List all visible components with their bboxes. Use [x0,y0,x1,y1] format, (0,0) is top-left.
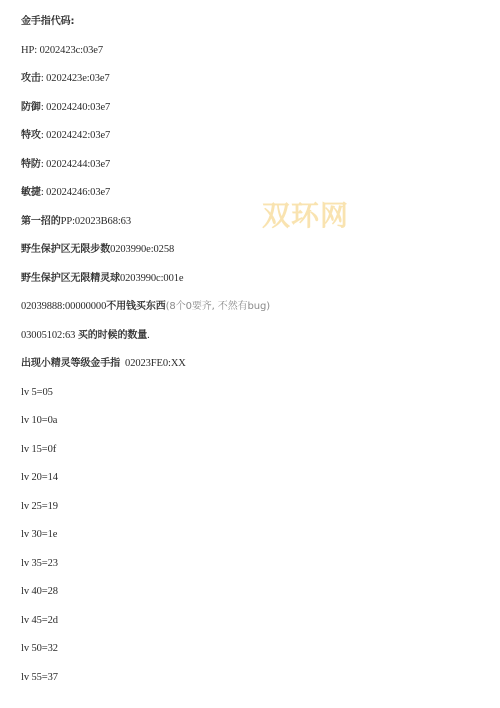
code-line-free-shopping: 02039888:00000000不用钱买东西(8个0要齐, 不然有bug) [21,299,481,328]
title-text: 金手指代码: [21,16,74,27]
level-line: lv 20=14 [21,470,481,499]
code-label: HP [21,45,34,56]
code-line-speed: 敏捷: 02024246:03e7 [21,185,481,214]
level-line: lv 45=2d [21,613,481,642]
code-value: : 02024246:03e7 [41,187,110,198]
code-line-hp: HP: 0202423c:03e7 [21,43,481,72]
code-label: 出现小精灵等级金手指 [21,358,120,369]
code-line-buy-quantity: 03005102:63 买的时候的数量. [21,328,481,357]
level-line: lv 25=19 [21,499,481,528]
code-label: 特防 [21,159,41,170]
code-value: 0203990c:001e [120,273,183,284]
code-value: : 02024244:03e7 [41,159,110,170]
code-label: 特攻 [21,130,41,141]
level-line: lv 10=0a [21,413,481,442]
code-label: 野生保护区无限步数 [21,244,110,255]
code-value: 03005102:63 [21,330,78,341]
code-label: 野生保护区无限精灵球 [21,273,120,284]
code-label: 第一招的 [21,216,61,227]
code-line-defense: 防御: 02024240:03e7 [21,100,481,129]
code-line-first-move-pp: 第一招的PP:02023B68:63 [21,214,481,243]
code-value: 02039888:00000000 [21,301,106,312]
code-value: : 0202423e:03e7 [41,73,110,84]
site-watermark: 双环网 [262,194,349,234]
code-label: 攻击 [21,73,41,84]
code-value: : 02024240:03e7 [41,102,110,113]
code-label: 不用钱买东西 [106,301,165,312]
level-line: lv 30=1e [21,527,481,556]
level-line: lv 15=0f [21,442,481,471]
code-value: : 02024242:03e7 [41,130,110,141]
code-line-sp-attack: 特攻: 02024242:03e7 [21,128,481,157]
code-label: 买的时候的数量 [78,330,147,341]
code-note: . [147,330,150,341]
code-note: (8个0要齐, 不然有bug) [166,301,270,312]
code-line-sp-defense: 特防: 02024244:03e7 [21,157,481,186]
code-label: 敏捷 [21,187,41,198]
code-line-safari-steps: 野生保护区无限步数0203990e:0258 [21,242,481,271]
code-value: 0203990e:0258 [110,244,174,255]
doc-title: 金手指代码: [21,14,481,43]
document-body: 金手指代码: HP: 0202423c:03e7 攻击: 0202423e:03… [21,14,481,698]
code-value: : 0202423c:03e7 [34,45,103,56]
level-line: lv 50=32 [21,641,481,670]
level-line: lv 35=23 [21,556,481,585]
code-line-safari-balls: 野生保护区无限精灵球0203990c:001e [21,271,481,300]
code-line-attack: 攻击: 0202423e:03e7 [21,71,481,100]
level-line: lv 40=28 [21,584,481,613]
code-value: PP:02023B68:63 [61,216,131,227]
level-line: lv 55=37 [21,670,481,699]
level-line: lv 5=05 [21,385,481,414]
code-label: 防御 [21,102,41,113]
code-line-encounter-level: 出现小精灵等级金手指 02023FE0:XX [21,356,481,385]
code-value: 02023FE0:XX [120,358,186,369]
